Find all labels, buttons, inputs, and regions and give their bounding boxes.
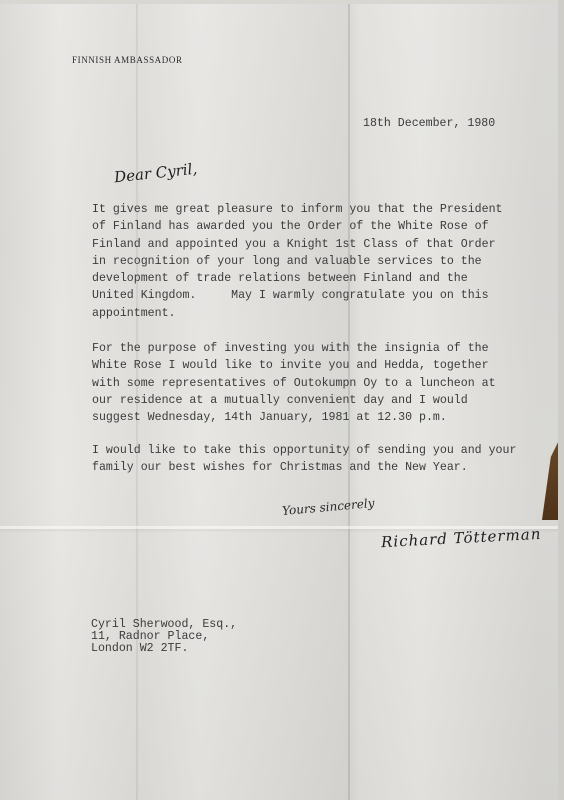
paragraph-award: It gives me great pleasure to inform you… — [92, 201, 503, 322]
letter-paper: FINNISH AMBASSADOR 18th December, 1980 D… — [0, 4, 558, 800]
paragraph-invitation: For the purpose of investing you with th… — [92, 340, 496, 426]
salutation: Dear Cyril, — [113, 160, 198, 187]
paragraph-wishes: I would like to take this opportunity of… — [92, 442, 516, 477]
recipient-address: Cyril Sherwood, Esq., 11, Radnor Place, … — [91, 619, 237, 655]
paper-edge — [558, 0, 564, 800]
letterhead: FINNISH AMBASSADOR — [72, 55, 183, 65]
closing: Yours sincerely — [282, 496, 375, 518]
letter-date: 18th December, 1980 — [363, 117, 495, 130]
